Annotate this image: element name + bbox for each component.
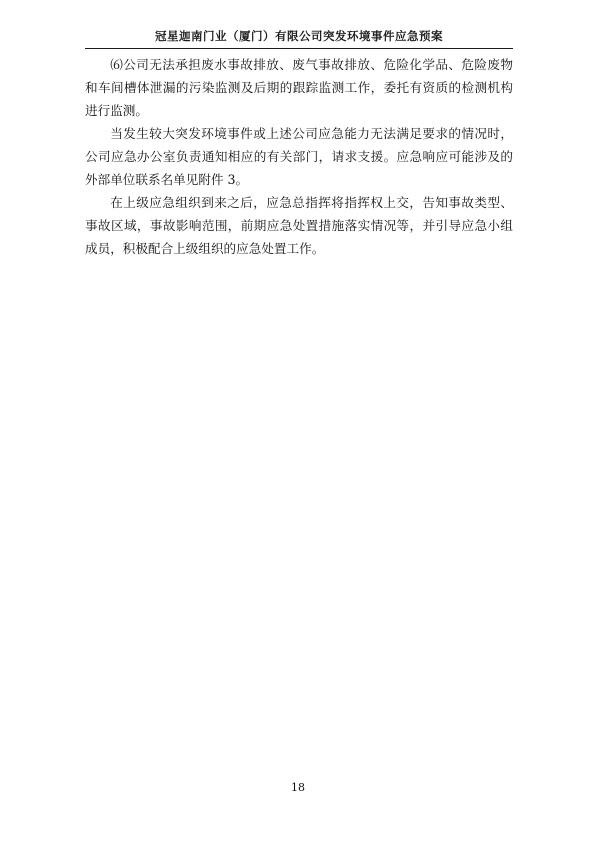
page-header: 冠星迦南门业（厦门）有限公司突发环境事件应急预案 [85,28,513,49]
paragraph-2: 当发生较大突发环境事件或上述公司应急能力无法满足要求的情况时，公司应急办公室负责… [85,122,513,191]
page-number: 18 [291,781,305,794]
header-title: 冠星迦南门业（厦门）有限公司突发环境事件应急预案 [85,28,513,44]
document-page: 冠星迦南门业（厦门）有限公司突发环境事件应急预案 ⑹公司无法承担废水事故排放、废… [0,0,596,843]
paragraph-1: ⑹公司无法承担废水事故排放、废气事故排放、危险化学品、危险废物和车间槽体泄漏的污… [85,53,513,122]
page-footer: 18 [0,776,596,795]
paragraph-3: 在上级应急组织到来之后，应急总指挥将指挥权上交，告知事故类型、事故区域，事故影响… [85,191,513,260]
document-body: ⑹公司无法承担废水事故排放、废气事故排放、危险化学品、危险废物和车间槽体泄漏的污… [85,53,513,260]
